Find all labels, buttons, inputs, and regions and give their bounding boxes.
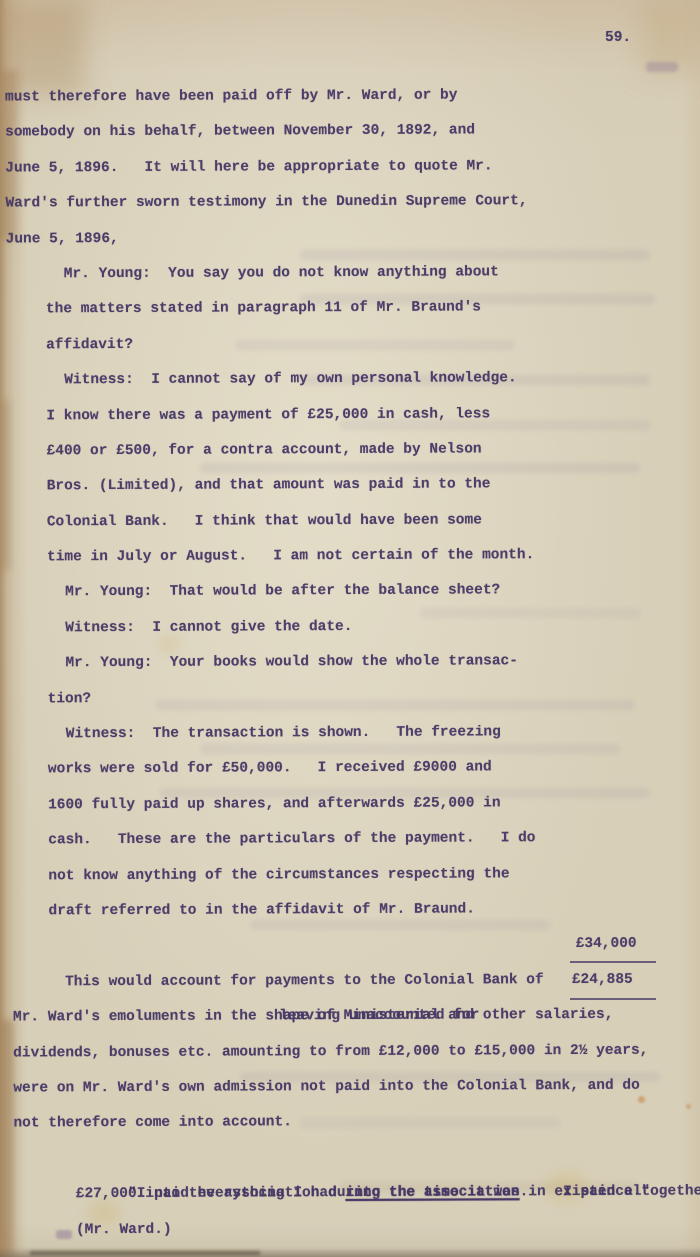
amount-paid-total: £34,000	[576, 927, 637, 963]
amount-unaccounted: £24,885	[572, 963, 633, 999]
page-number: 59.	[605, 30, 631, 46]
testimony-line: Witness: I cannot give the date.	[65, 608, 697, 646]
summary-line: leaving unaccounted for £24,885	[227, 962, 699, 999]
quote-line: £27,000 into the association during the …	[76, 1175, 700, 1213]
testimony-line: not know anything of the circumstances r…	[48, 856, 698, 894]
testimony-line: draft referred to in the affidavit of Mr…	[48, 891, 698, 929]
testimony-line: Colonial Bank. I think that would have b…	[47, 502, 697, 540]
paper-edge-bottom-shadow	[30, 1251, 260, 1255]
testimony-line: works were sold for £50,000. I received …	[48, 750, 698, 788]
ink-smudge	[646, 62, 678, 72]
testimony-line: affidavit?	[46, 325, 696, 363]
intro-line: June 5, 1896,	[6, 219, 696, 257]
testimony-line: 1600 fully paid up shares, and afterward…	[48, 785, 698, 823]
testimony-line: Bros. (Limited), and that amount was pai…	[47, 467, 697, 505]
testimony-line: Mr. Young: That would be after the balan…	[65, 573, 697, 611]
testimony-line: Witness: The transaction is shown. The f…	[66, 715, 698, 753]
document-page: 59. must therefore have been paid off by…	[0, 0, 700, 1257]
testimony-line: Mr. Young: You say you do not know anyth…	[64, 254, 696, 292]
testimony-line: Mr. Young: Your books would show the who…	[65, 644, 697, 682]
testimony-line: cash. These are the particulars of the p…	[48, 821, 698, 859]
closing-line: dividends, bonuses etc. amounting to fro…	[13, 1033, 699, 1071]
summary-text: leaving unaccounted for	[279, 1008, 479, 1025]
testimony-line: £400 or £500, for a contra account, made…	[46, 431, 696, 469]
intro-line: June 5, 1896. It will here be appropriat…	[5, 148, 695, 186]
testimony-line: I know there was a payment of £25,000 in…	[46, 396, 696, 434]
closing-line: not therefore come into account.	[13, 1104, 699, 1142]
closing-line: were on Mr. Ward's own admission not pai…	[13, 1068, 699, 1106]
intro-line: somebody on his behalf, between November…	[5, 113, 695, 151]
testimony-line: tion?	[48, 679, 698, 717]
testimony-line: the matters stated in paragraph 11 of Mr…	[46, 290, 696, 328]
intro-line: Ward's further sworn testimony in the Du…	[5, 184, 695, 222]
quote-line: "I paid everything I had into the associ…	[76, 1139, 700, 1177]
document-text: must therefore have been paid off by Mr.…	[0, 77, 700, 1248]
testimony-line: Witness: I cannot say of my own personal…	[64, 361, 696, 399]
quote-attribution: (Mr. Ward.)	[76, 1210, 700, 1248]
intro-line: must therefore have been paid off by Mr.…	[5, 77, 695, 115]
testimony-line: time in July or August. I am not certain…	[47, 538, 697, 576]
summary-line: This would account for payments to the C…	[13, 927, 699, 965]
